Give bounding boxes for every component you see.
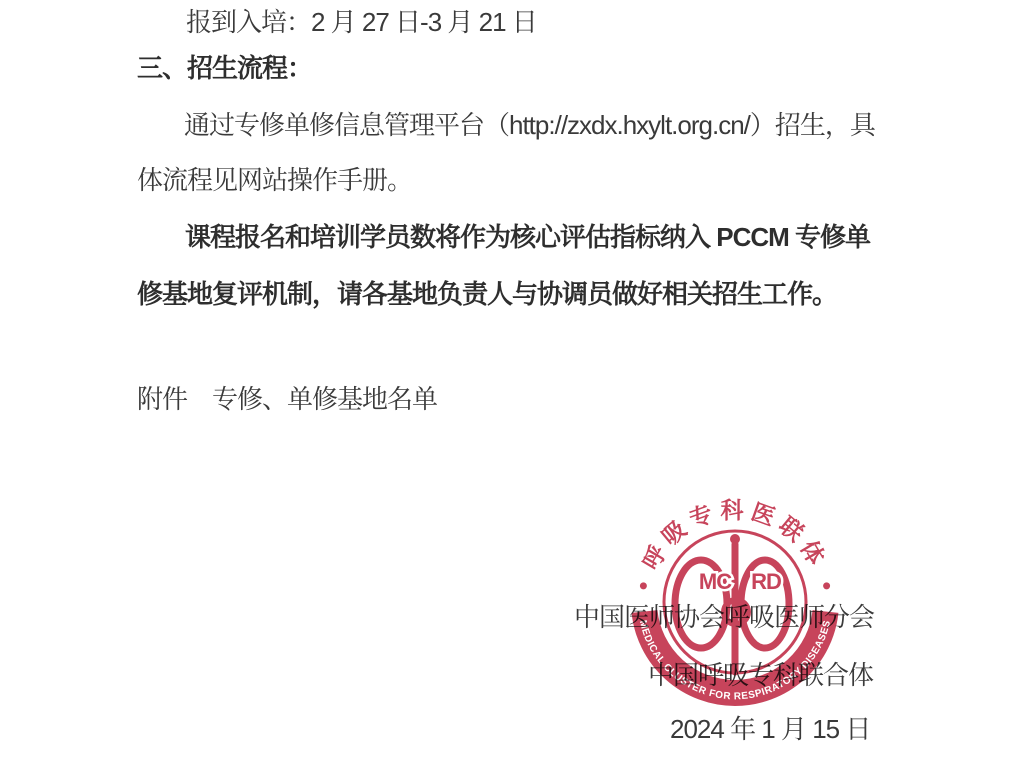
section-heading: 三、招生流程：	[137, 55, 312, 81]
paragraph-line-bold: 修基地复评机制，请各基地负责人与协调员做好相关招生工作。	[137, 281, 837, 307]
seal-dot-right	[823, 582, 830, 589]
seal-monogram-right: RD	[751, 569, 781, 594]
paragraph-line: 通过专修单修信息管理平台（http://zxdx.hxylt.org.cn/）招…	[184, 112, 875, 138]
official-seal: 呼吸专科医联体 MC RD MEDICAL CLUSTER FOR RESPIR…	[625, 492, 845, 712]
issue-date: 2024 年 1 月 15 日	[670, 716, 870, 742]
seal-dot-left	[640, 582, 647, 589]
seal-monogram-left: MC	[699, 569, 732, 594]
paragraph-line-bold: 课程报名和培训学员数将作为核心评估指标纳入 PCCM 专修单	[185, 224, 870, 250]
paragraph-line: 体流程见网站操作手册。	[137, 167, 412, 193]
document-page: 报到入培：2 月 27 日-3 月 21 日 三、招生流程： 通过专修单修信息管…	[0, 0, 1024, 764]
stem-top-dot	[730, 534, 740, 544]
intake-dates-line: 报到入培：2 月 27 日-3 月 21 日	[186, 9, 537, 35]
attachment-line: 附件 专修、单修基地名单	[137, 386, 437, 412]
